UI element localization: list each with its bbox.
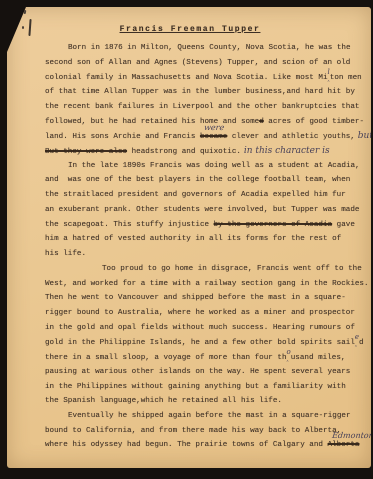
typed-text: where his odyssey had begun. The prairie…	[45, 441, 328, 449]
typed-line: the Spanish language,which he retained a…	[45, 394, 363, 409]
typed-text: the scapegoat. This stuffy injustice	[45, 221, 214, 229]
typed-line: land. His sons Archie and Francis became…	[45, 129, 363, 144]
typed-text: Then he went to Vancouver and shipped be…	[45, 294, 346, 302]
typed-line: Eventually he shipped again before the m…	[45, 409, 363, 424]
typed-line: the scapegoat. This stuffy injustice by …	[45, 218, 363, 233]
typed-text: headstrong and quixotic.	[127, 148, 241, 156]
typed-text: bound to California, and from there made…	[45, 427, 341, 435]
typed-text: In the late 1890s Francis was doing well…	[68, 162, 360, 170]
typed-text: acres of good timber-	[264, 118, 364, 126]
typed-text: Too proud to go home in disgrace, Franci…	[102, 265, 362, 273]
typed-text: the straitlaced president and governors …	[45, 191, 346, 199]
typed-text: ton men	[330, 74, 362, 82]
typed-line: Born in 1876 in Milton, Queens County, N…	[45, 41, 363, 56]
typed-text: rigger bound to Australia, where he work…	[45, 309, 355, 317]
typed-text: pausing at warious other islands on the …	[45, 368, 350, 376]
typed-text: usand miles,	[291, 354, 346, 362]
typed-line: in the gold and opal fields without much…	[45, 321, 363, 336]
inserted-letter: o	[287, 348, 291, 356]
typed-text: second son of Allan and Agnes (Stevens) …	[45, 59, 350, 67]
typed-text: West, and worked for a time with a railw…	[45, 280, 369, 288]
typed-text: in the Philippines without gaining anyth…	[45, 383, 346, 391]
inserted-letter: l	[328, 68, 330, 76]
typed-line: the recent bank failures in Liverpool an…	[45, 100, 363, 115]
typed-text: Born in 1876 in Milton, Queens County, N…	[68, 44, 351, 52]
typed-line: Too proud to go home in disgrace, Franci…	[45, 262, 363, 277]
typed-text: colonial family in Massachusetts and Nov…	[45, 74, 328, 82]
typed-text: his life.	[45, 250, 86, 258]
typed-line: But they were also headstrong and quixot…	[45, 144, 363, 159]
typed-line: and was one of the best players in the c…	[45, 173, 363, 188]
handwritten-text: were	[203, 121, 225, 136]
typed-text: gold in the Philippine Islands, he and a…	[45, 339, 355, 347]
typed-text: of that time Allan Tupper was in the lum…	[45, 88, 355, 96]
scanned-paper-page: Francis Freeman Tupper Born in 1876 in M…	[7, 7, 371, 468]
handwritten-correction: becamewere	[200, 130, 227, 145]
handwritten-text: in this character is	[241, 146, 330, 156]
page-title: Francis Freeman Tupper	[31, 23, 349, 41]
typed-text: him a hatred of vested authority in all …	[45, 235, 341, 243]
typed-text: an exuberant prank. Other students were …	[45, 206, 359, 214]
typed-line: pausing at warious other islands on the …	[45, 365, 363, 380]
typed-text: clever and athletic youths,	[227, 133, 355, 141]
handwritten-text: Edmonton	[331, 429, 373, 444]
typed-text: there in a small sloop, a voyage of more…	[45, 354, 287, 362]
typed-line: where his odyssey had begun. The prairie…	[45, 438, 363, 453]
document-body: Francis Freeman Tupper Born in 1876 in M…	[7, 7, 371, 453]
typed-lines: Born in 1876 in Milton, Queens County, N…	[45, 41, 363, 453]
typed-line: West, and worked for a time with a railw…	[45, 277, 363, 292]
typed-text: Eventually he shipped again before the m…	[68, 412, 351, 420]
typed-line: there in a small sloop, a voyage of more…	[45, 350, 363, 365]
typed-line: bound to California, and from there made…	[45, 424, 363, 439]
typed-text: land. His sons Archie and Francis	[45, 133, 200, 141]
typed-line: of that time Allan Tupper was in the lum…	[45, 85, 363, 100]
typed-text: gave	[332, 221, 355, 229]
handwritten-text: but	[355, 131, 373, 141]
struck-text: by the governors of Acadia	[214, 221, 332, 229]
typed-line: Then he went to Vancouver and shipped be…	[45, 291, 363, 306]
typed-line: the straitlaced president and governors …	[45, 188, 363, 203]
typed-line: second son of Allan and Agnes (Stevens) …	[45, 56, 363, 71]
typed-text: and was one of the best players in the c…	[45, 176, 350, 184]
typed-text: the Spanish language,which he retained a…	[45, 397, 282, 405]
typed-text: the recent bank failures in Liverpool an…	[45, 103, 359, 111]
inserted-letter: e	[355, 333, 359, 341]
typed-text: in the gold and opal fields without much…	[45, 324, 355, 332]
typed-text: followed, but he had retained his home a…	[45, 118, 259, 126]
typed-line: In the late 1890s Francis was doing well…	[45, 159, 363, 174]
typed-text: d	[359, 339, 364, 347]
typed-line: colonial family in Massachusetts and Nov…	[45, 70, 363, 85]
typed-line: an exuberant prank. Other students were …	[45, 203, 363, 218]
typed-line: rigger bound to Australia, where he work…	[45, 306, 363, 321]
handwritten-correction: AlbertaEdmonton	[328, 438, 360, 453]
struck-text: But they were also	[45, 148, 127, 156]
typed-line: in the Philippines without gaining anyth…	[45, 380, 363, 395]
typed-line: him a hatred of vested authority in all …	[45, 232, 363, 247]
typed-line: his life.	[45, 247, 363, 262]
typed-line: gold in the Philippine Islands, he and a…	[45, 335, 363, 350]
